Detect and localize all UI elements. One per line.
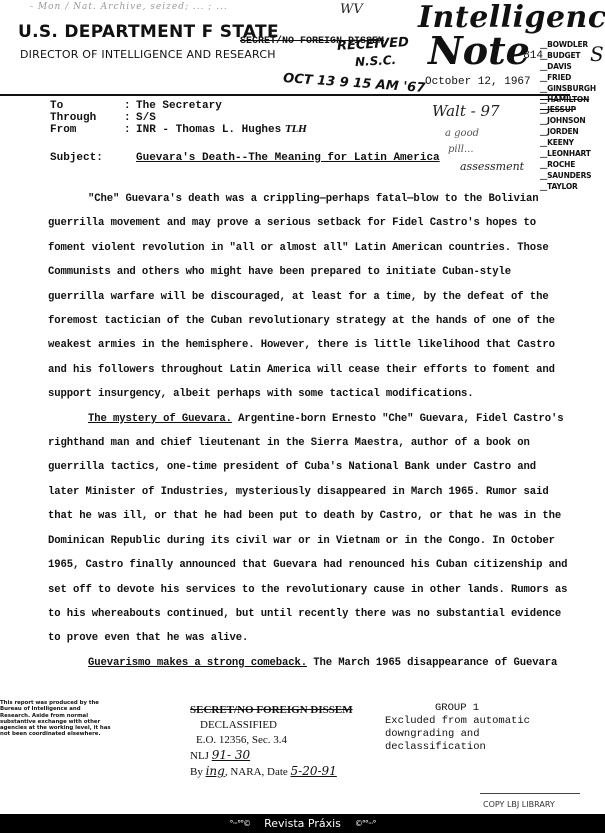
distribution-item: ROCHE: [540, 160, 596, 171]
memo-from-row: From: INR - Thomas L. Hughes TLH: [50, 124, 307, 136]
watermark-bar: °···°°© Revista Práxis ©°°···°: [0, 814, 605, 833]
declassified-label: DECLASSIFIED: [190, 718, 353, 733]
from-initials: TLH: [285, 124, 307, 136]
memo-header: To: The Secretary Through: S/S From: INR…: [50, 100, 307, 136]
copy-lbj-library: COPY LBJ LIBRARY: [483, 800, 555, 809]
through-value: S/S: [136, 112, 156, 124]
nlj-value: 91- 30: [212, 748, 250, 762]
memo-subject-row: Subject: Guevara's Death--The Meaning fo…: [50, 152, 440, 164]
to-label: To: [50, 100, 63, 112]
header-divider: [0, 94, 570, 96]
received-org-stamp: N.S.C.: [355, 53, 397, 69]
note-number: - 814: [510, 50, 543, 62]
section-heading-guevarismo: Guevarismo makes a strong comeback.: [88, 657, 307, 669]
nara-date: 5-20-91: [291, 764, 337, 778]
handwritten-archive-note: - Mon / Nat. Archive, seized; ... ; ...: [30, 2, 228, 12]
memo-body: "Che" Guevara's death was a crippling—pe…: [48, 187, 568, 675]
distribution-item: DAVIS: [540, 62, 596, 73]
production-note: This report was produced by the Bureau o…: [0, 700, 112, 738]
received-date-stamp: OCT 13 9 15 AM '67: [283, 71, 426, 96]
paragraph-mystery-text: Argentine-born Ernesto "Che" Guevara, Fi…: [48, 413, 567, 645]
paragraph-mystery: The mystery of Guevara. Argentine-born E…: [48, 407, 568, 651]
distribution-item: SAUNDERS: [540, 171, 596, 182]
handwritten-margin-line: pill...: [448, 144, 474, 155]
distribution-list: BOWDLER BUDGET DAVIS FRIED GINSBURGH HAM…: [540, 40, 596, 193]
handwritten-wv-mark: WV: [340, 2, 363, 17]
watermark-text: Revista Práxis: [264, 817, 341, 830]
distribution-item: JESSUP: [540, 105, 596, 116]
by-value: ing: [206, 764, 225, 778]
nlj-row: NLJ 91- 30: [190, 748, 353, 764]
through-label: Through: [50, 112, 96, 124]
paragraph-guevarismo: Guevarismo makes a strong comeback. The …: [48, 651, 568, 675]
nlj-label: NLJ: [190, 750, 209, 762]
document-date: October 12, 1967: [425, 76, 531, 88]
nara-row: By ing, NARA, Date 5-20-91: [190, 764, 353, 780]
handwritten-margin-line: a good: [445, 128, 479, 139]
distribution-item: LEONHART: [540, 149, 596, 160]
division-name: DIRECTOR OF INTELLIGENCE AND RESEARCH: [20, 48, 276, 61]
to-value: The Secretary: [136, 100, 222, 112]
group-line: declassification: [385, 741, 530, 754]
executive-order: E.O. 12356, Sec. 3.4: [190, 733, 353, 748]
declassification-stamp: SECRET/NO FOREIGN DISSEM DECLASSIFIED E.…: [190, 703, 353, 780]
subject-label: Subject:: [50, 152, 136, 164]
ornament-right-icon: ©°°···°: [355, 819, 376, 828]
section-heading-mystery: The mystery of Guevara.: [88, 413, 232, 425]
handwritten-margin-line: assessment: [460, 160, 524, 173]
group-line: downgrading and: [385, 728, 530, 741]
subject-value: Guevara's Death--The Meaning for Latin A…: [136, 152, 440, 164]
distribution-item: KEENY: [540, 138, 596, 149]
ornament-left-icon: °···°°©: [229, 819, 250, 828]
from-value: INR - Thomas L. Hughes: [136, 124, 281, 136]
distribution-item: HAMILTON: [540, 95, 596, 106]
nara-label: , NARA, Date: [225, 766, 288, 778]
distribution-item: JOHNSON: [540, 116, 596, 127]
received-stamp: RECEIVED: [337, 36, 409, 53]
copy-divider: [480, 793, 580, 794]
distribution-item: JORDEN: [540, 127, 596, 138]
by-label: By: [190, 766, 203, 778]
group-classification: GROUP 1 Excluded from automatic downgrad…: [385, 702, 530, 754]
group-label: GROUP 1: [385, 702, 530, 715]
distribution-item: BOWDLER: [540, 40, 596, 51]
distribution-item: BUDGET: [540, 51, 596, 62]
paragraph-guevarismo-text: The March 1965 disappearance of Guevara: [307, 657, 557, 669]
group-line: Excluded from automatic: [385, 715, 530, 728]
classification-struck-footer: SECRET/NO FOREIGN DISSEM: [190, 703, 353, 718]
distribution-item: FRIED: [540, 73, 596, 84]
handwritten-margin-line: Walt - 97: [432, 102, 500, 120]
from-label: From: [50, 124, 76, 136]
distribution-item: GINSBURGH: [540, 84, 596, 95]
paragraph-intro: "Che" Guevara's death was a crippling—pe…: [48, 187, 568, 407]
memo-through-row: Through: S/S: [50, 112, 307, 124]
memo-to-row: To: The Secretary: [50, 100, 307, 112]
